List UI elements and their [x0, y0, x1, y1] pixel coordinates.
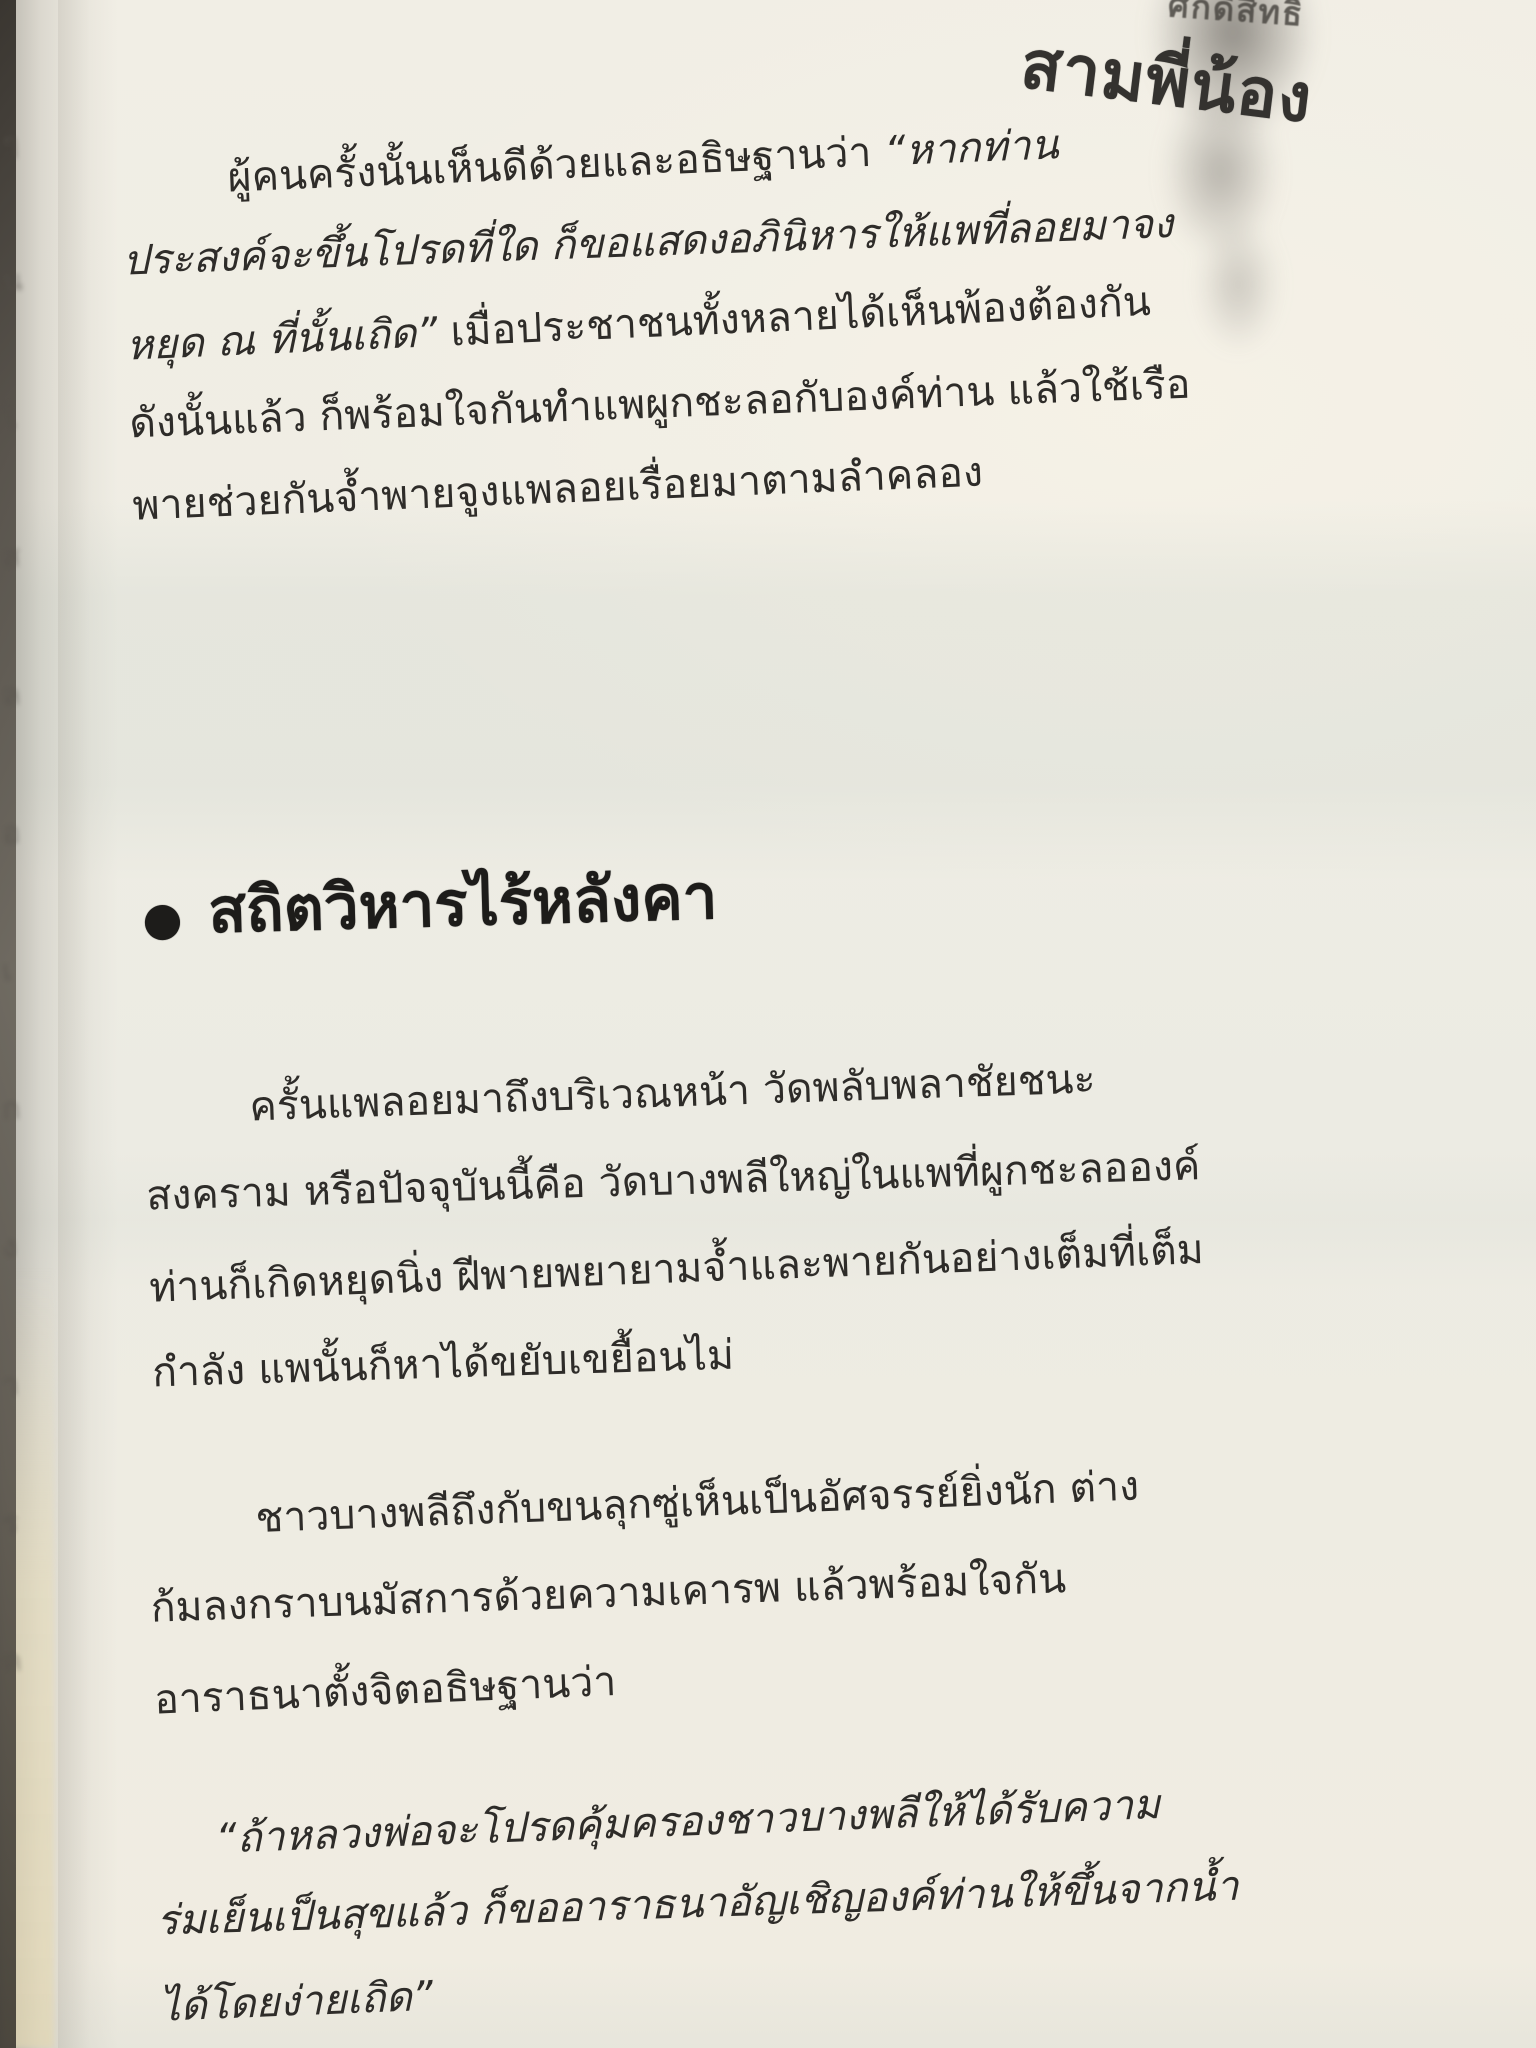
text-run: อาราธนาตั้งจิตอธิษฐานว่า	[153, 1657, 617, 1724]
gutter-fragment: ก	[0, 1085, 21, 1133]
gutter-fragment: ส	[0, 533, 22, 581]
gutter-fragment: อ	[0, 809, 21, 857]
gutter-fragment: ล	[0, 671, 22, 719]
text-run: ก้มลงกราบนมัสการด้วยความเคารพ แล้วพร้อมใ…	[150, 1554, 1067, 1632]
gutter-fragment: น	[0, 257, 24, 305]
text-run: หยุด ณ ที่นั้นเถิด”	[125, 308, 438, 370]
paragraph: ผู้คนครั้งนั้นเห็นดีด้วยและอธิษฐานว่า “ห…	[118, 99, 1195, 546]
section-heading-text: สถิตวิหารไร้หลังคา	[207, 848, 719, 960]
text-run: สงคราม หรือปัจจุบันนี้คือ วัดบางพลีใหญ่ใ…	[146, 1141, 1201, 1219]
gutter-fragment: ไ	[0, 396, 18, 444]
page-fold-shade	[58, 0, 118, 2048]
bullet-icon: ●	[142, 895, 183, 942]
book-page-scan: ๆนไสลอเกงารค ศักดิ์สิทธิ์ สามพี่น้อง ผู้…	[0, 0, 1536, 2048]
section-heading: ● สถิตวิหารไร้หลังคา	[141, 848, 719, 962]
gutter-fragment: ๆ	[0, 119, 19, 167]
gutter-showthrough-text: ๆนไสลอเกงารค	[0, 120, 52, 1820]
gutter-fragment: ค	[0, 1637, 23, 1685]
text-run: ได้โดยง่ายเถิด”	[159, 1972, 434, 2031]
text-run: ครั้นแพลอยมาถึงบริเวณหน้า วัดพลับพลาชัยช…	[249, 1054, 1097, 1130]
text-run: กำลัง แพนั้นก็หาได้ขยับเขยื้อนไม่	[151, 1331, 734, 1397]
scan-light-band	[0, 500, 1536, 880]
gutter-fragment: ร	[0, 1499, 19, 1547]
gutter-fragment: เ	[0, 948, 14, 996]
text-run: ท่านก็เกิดหยุดนิ่ง ฝีพายพยายามจ้ำและพายก…	[148, 1225, 1204, 1312]
text-run: ผู้คนครั้งนั้นเห็นดีด้วยและอธิษฐานว่า	[227, 127, 886, 201]
paragraph: ชาวบางพลีถึงกับขนลุกซู่เห็นเป็นอัศจรรย์ย…	[146, 1442, 1147, 1742]
text-run: เมื่อประชาชนทั้งหลายได้เห็นพ้องต้องกัน	[436, 277, 1151, 356]
gutter-fragment: ง	[0, 1224, 18, 1272]
text-run: พายช่วยกันจ้ำพายจูงแพลอยเรื่อยมาตามลำคลอ…	[132, 448, 984, 530]
text-run: ชาวบางพลีถึงกับขนลุกซู่เห็นเป็นอัศจรรย์ย…	[255, 1462, 1140, 1542]
paragraph: “ถ้าหลวงพ่อจะโปรดคุ้มครองชาวบางพลีให้ได้…	[152, 1760, 1243, 2046]
paragraph: ครั้นแพลอยมาถึงบริเวณหน้า วัดพลับพลาชัยช…	[142, 1031, 1208, 1418]
text-run: “ถ้าหลวงพ่อจะโปรดคุ้มครองชาวบางพลีให้ได้…	[215, 1780, 1161, 1863]
gutter-fragment: า	[0, 1361, 20, 1409]
text-run: “หากท่าน	[883, 120, 1059, 175]
